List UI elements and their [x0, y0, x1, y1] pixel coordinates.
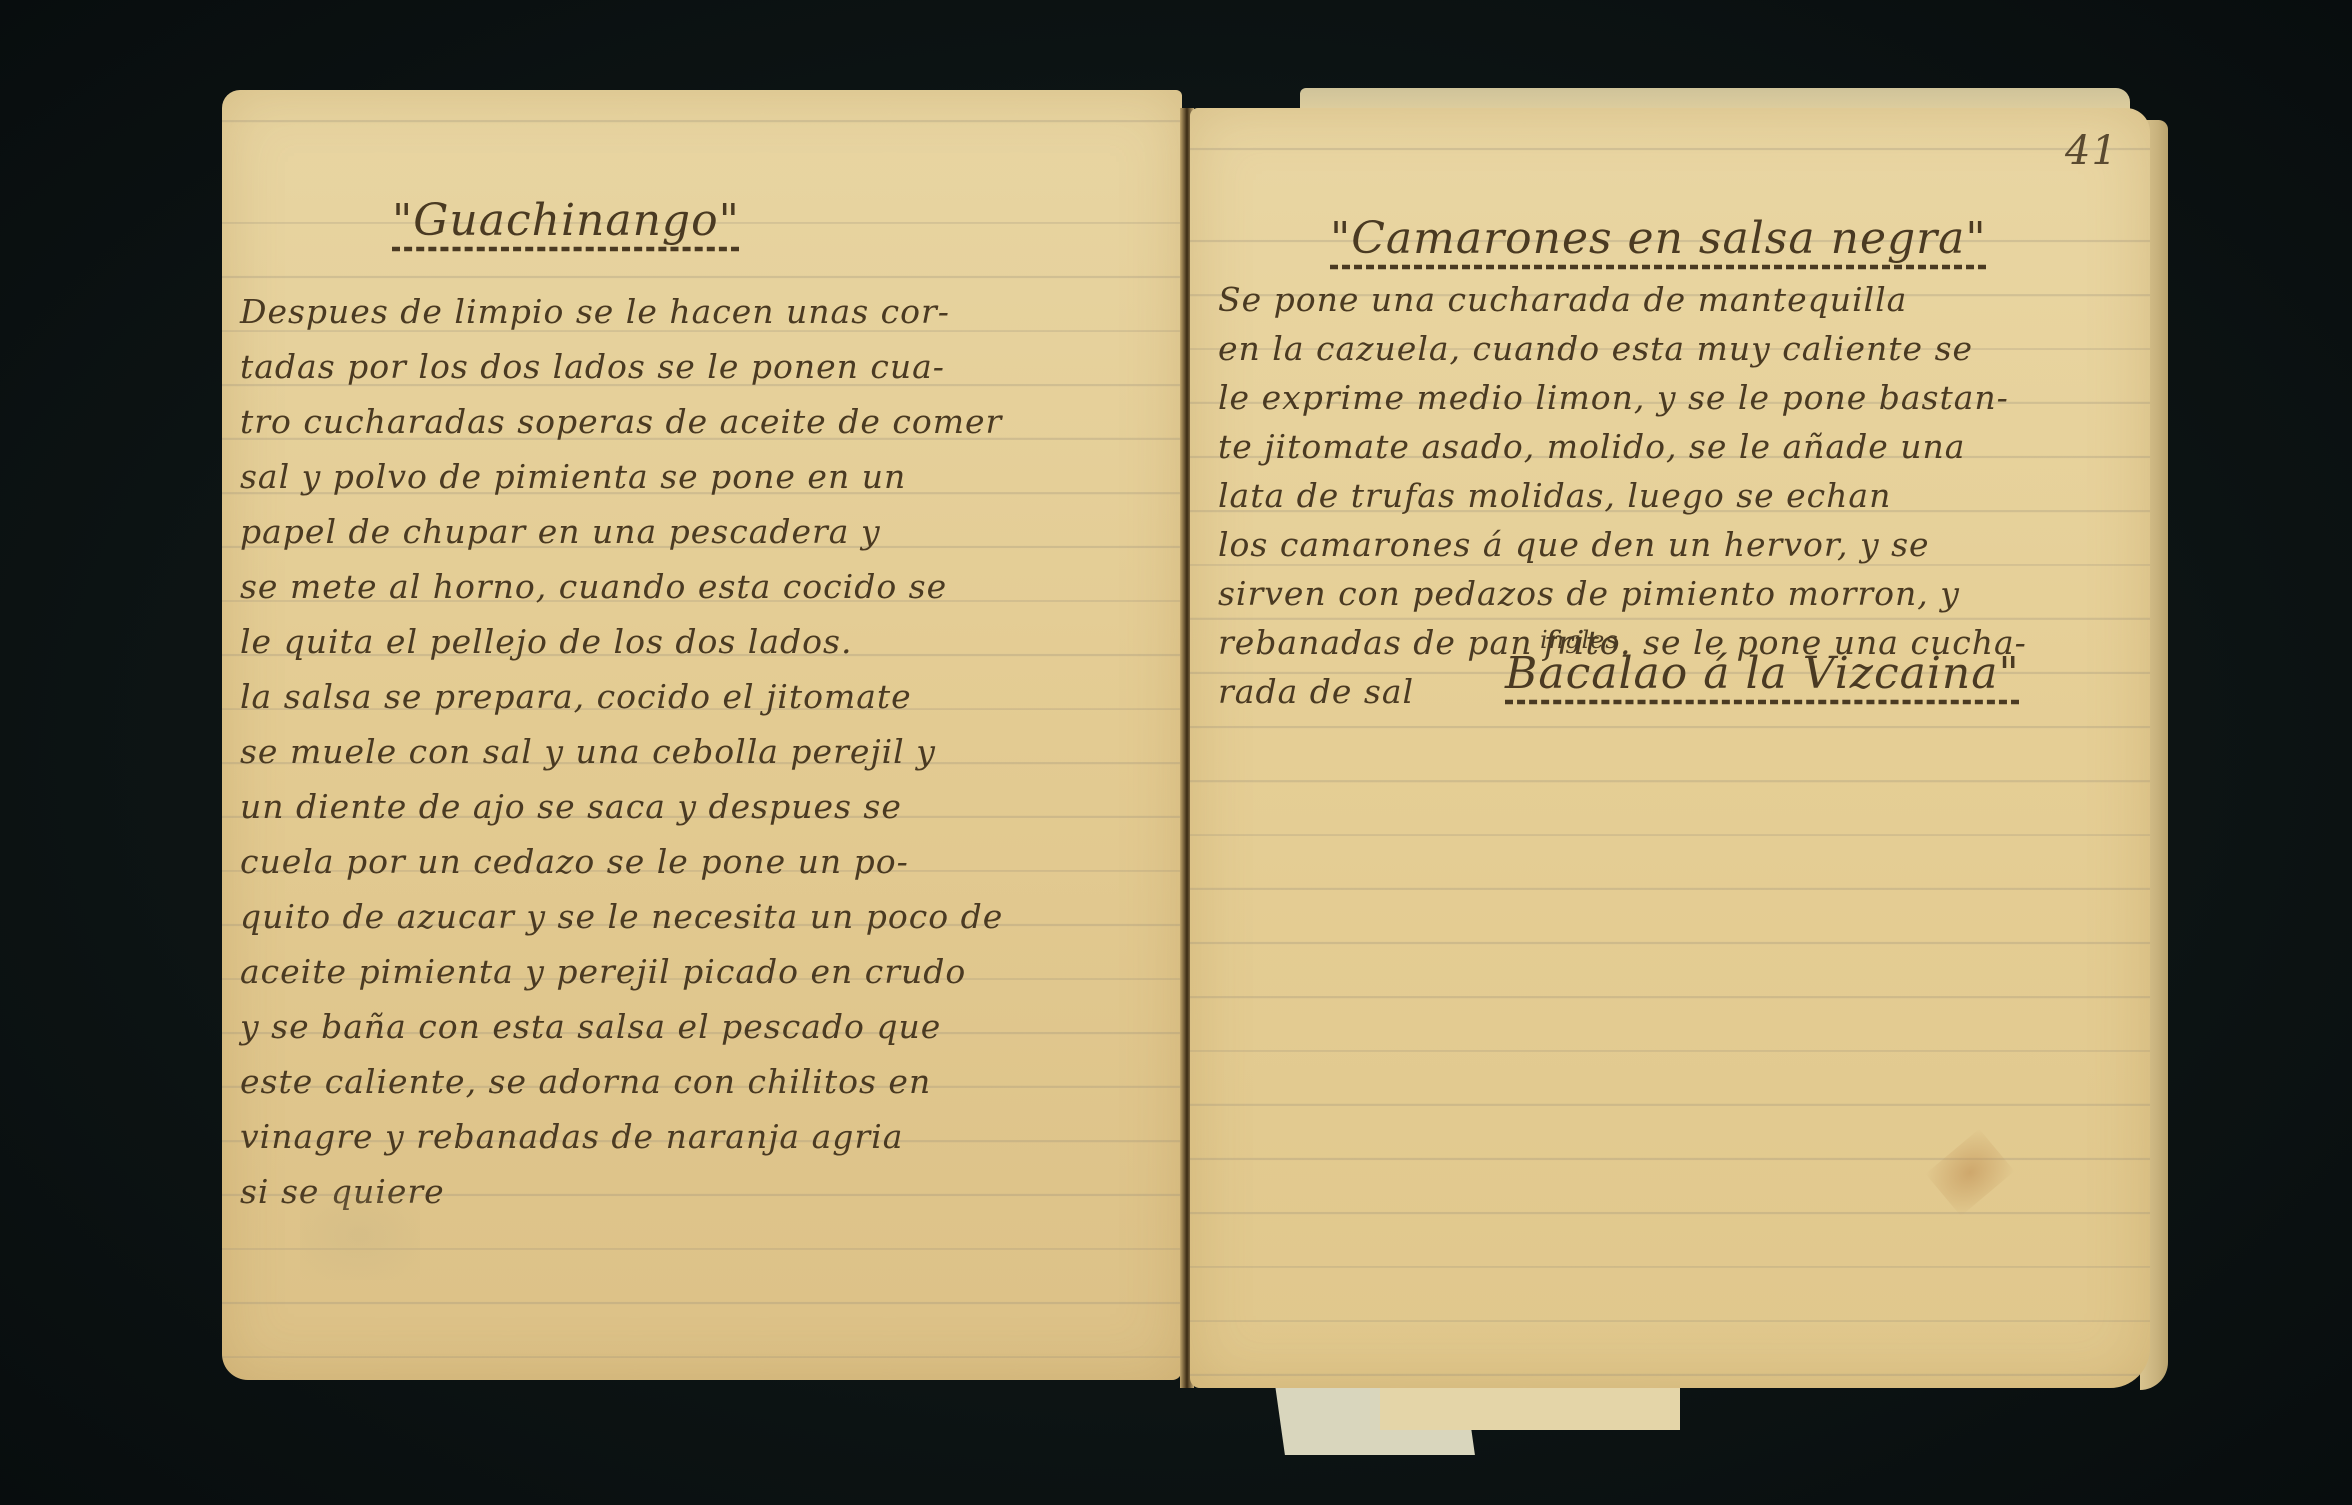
handwritten-line: tadas por los dos lados se le ponen cua- [240, 350, 945, 383]
handwritten-line: un diente de ajo se saca y despues se [240, 790, 902, 823]
recipe-title-second: Bacalao á la Vizcaina" [1505, 648, 2020, 699]
handwritten-line: este caliente, se adorna con chilitos en [240, 1065, 931, 1098]
handwritten-line: vinagre y rebanadas de naranja agria [240, 1120, 903, 1153]
handwritten-line: rada de sal [1218, 675, 1414, 708]
loose-paper-scrap [1380, 1385, 1680, 1430]
handwritten-line: le exprime medio limon, y se le pone bas… [1218, 381, 2009, 414]
handwritten-line: y se baña con esta salsa el pescado que [240, 1010, 941, 1043]
handwritten-line: los camarones á que den un hervor, y se [1218, 528, 1930, 561]
handwritten-line: se mete al horno, cuando esta cocido se [240, 570, 947, 603]
handwritten-line: tro cucharadas soperas de aceite de come… [240, 405, 1002, 438]
handwritten-line: quito de azucar y se le necesita un poco… [240, 900, 1003, 933]
handwritten-line: se muele con sal y una cebolla perejil y [240, 735, 936, 768]
handwritten-line: le quita el pellejo de los dos lados. [240, 625, 852, 658]
handwritten-line: en la cazuela, cuando esta muy caliente … [1218, 332, 1973, 365]
handwritten-line: sal y polvo de pimienta se pone en un [240, 460, 906, 493]
handwritten-line: Se pone una cucharada de mantequilla [1218, 283, 1907, 316]
handwritten-line: te jitomate asado, molido, se le añade u… [1218, 430, 1965, 463]
recipe-title-left: "Guachinango" [392, 195, 740, 246]
handwritten-line: aceite pimienta y perejil picado en crud… [240, 955, 966, 988]
right-page: 41 "Camarones en salsa negra" Se pone un… [1190, 108, 2150, 1388]
handwritten-line: la salsa se prepara, cocido el jitomate [240, 680, 912, 713]
handwritten-line: sirven con pedazos de pimiento morron, y [1218, 577, 1960, 610]
handwritten-line: cuela por un cedazo se le pone un po- [240, 845, 909, 878]
handwritten-line: papel de chupar en una pescadera y [240, 515, 881, 548]
recipe-title-right: "Camarones en salsa negra" [1330, 213, 1987, 264]
notebook-spread: "Guachinango" Despues de limpio se le ha… [0, 0, 2352, 1505]
handwritten-line: Despues de limpio se le hacen unas cor- [240, 295, 950, 328]
paper-stain [300, 1190, 420, 1280]
page-number: 41 [2065, 128, 2118, 174]
handwritten-line: lata de trufas molidas, luego se echan [1218, 479, 1891, 512]
left-page: "Guachinango" Despues de limpio se le ha… [222, 90, 1182, 1380]
